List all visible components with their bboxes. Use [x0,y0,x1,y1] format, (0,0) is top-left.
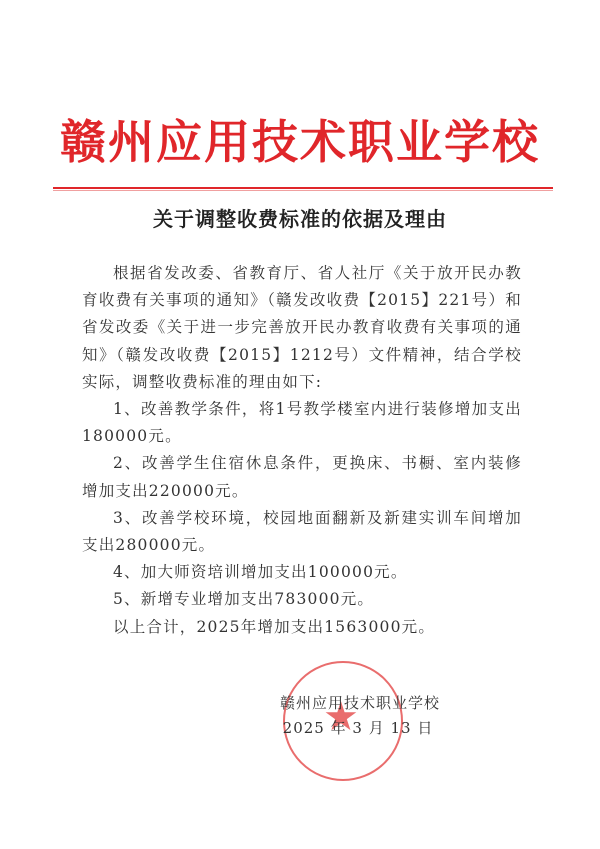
letterhead-divider [53,187,553,189]
paragraph-item-5: 5、新增专业增加支出783000元。 [82,586,522,613]
letterhead-divider-thin [53,190,553,191]
letterhead-organization: 赣州应用技术职业学校 [0,112,600,172]
signature-organization: 赣州应用技术职业学校 [60,692,600,713]
paragraph-total: 以上合计，2025年增加支出1563000元。 [82,614,522,641]
signature-date: 2025 年 3 月 13 日 [58,717,600,738]
paragraph-item-4: 4、加大师资培训增加支出100000元。 [82,559,522,586]
paragraph-basis: 根据省发改委、省教育厅、省人社厅《关于放开民办教育收费有关事项的通知》（赣发改收… [82,260,522,396]
document-body: 根据省发改委、省教育厅、省人社厅《关于放开民办教育收费有关事项的通知》（赣发改收… [82,260,522,641]
paragraph-item-2: 2、改善学生住宿休息条件，更换床、书橱、室内装修增加支出220000元。 [82,450,522,504]
document-title: 关于调整收费标准的依据及理由 [0,203,600,232]
paragraph-item-3: 3、改善学校环境，校园地面翻新及新建实训车间增加支出280000元。 [82,505,522,559]
paragraph-item-1: 1、改善教学条件，将1号教学楼室内进行装修增加支出180000元。 [82,396,522,450]
